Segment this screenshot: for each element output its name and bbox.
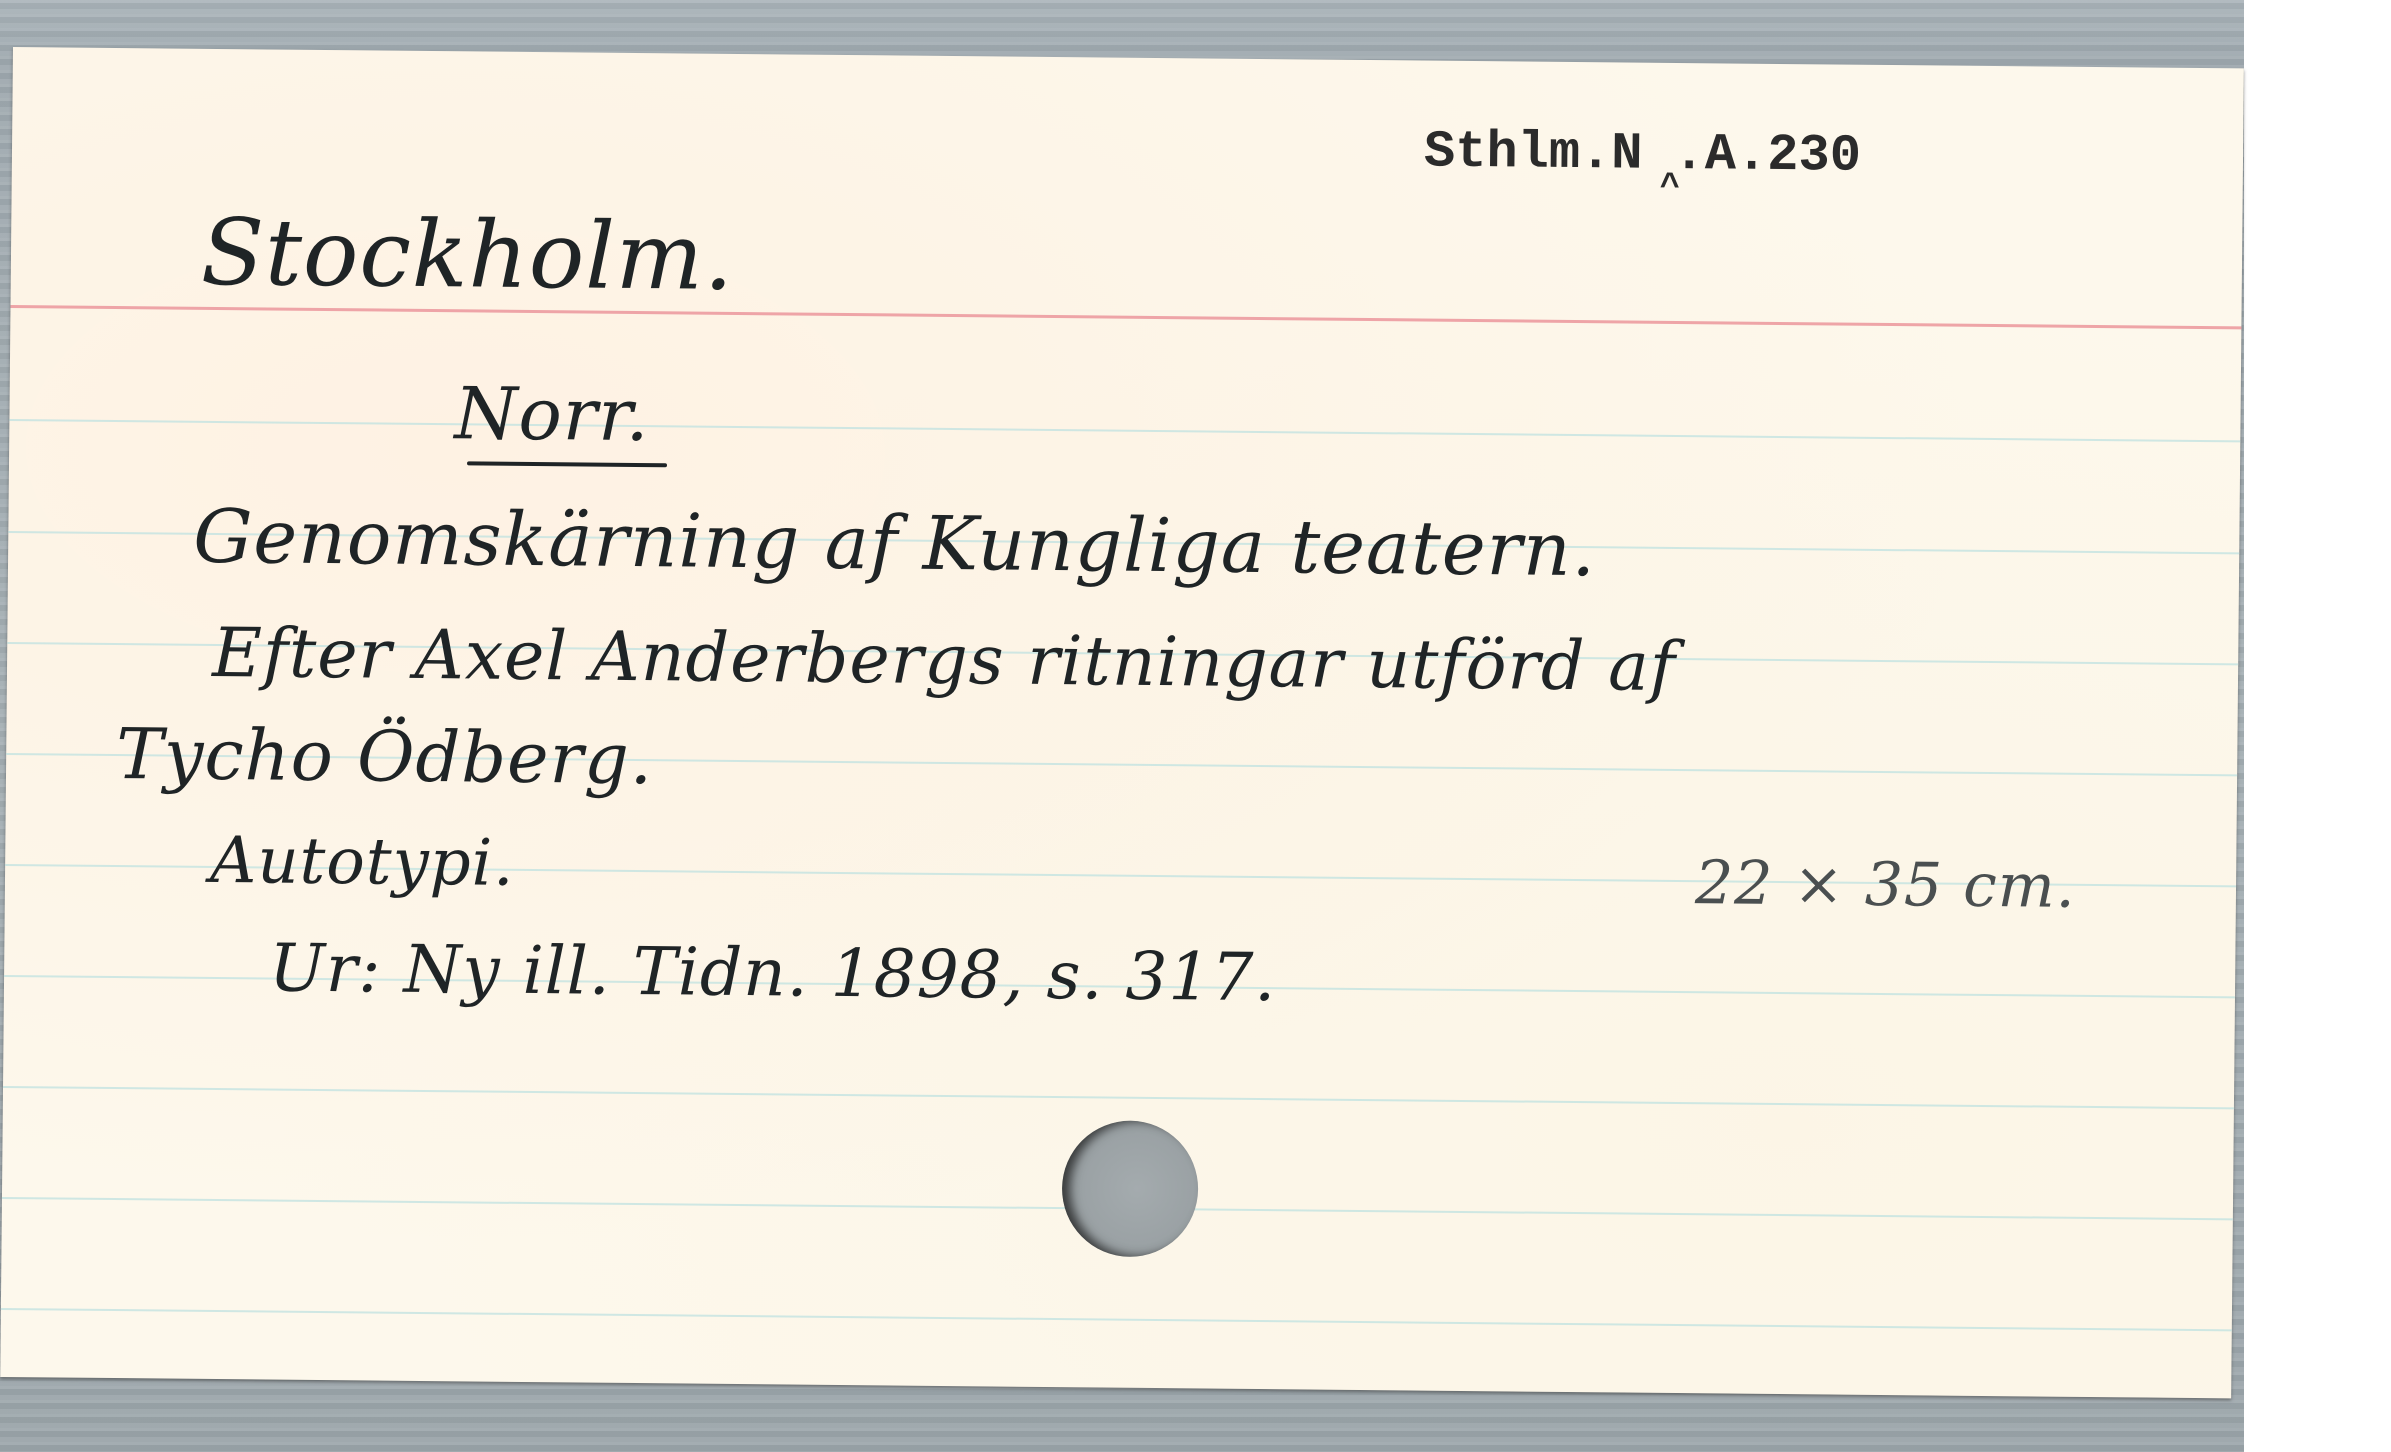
credit-line-2: Tycho Ödberg.	[116, 713, 654, 800]
red-header-rule	[10, 305, 2241, 329]
punch-hole	[1061, 1120, 1198, 1257]
source-reference: Ur: Ny ill. Tidn. 1898, s. 317.	[269, 930, 1277, 1017]
blue-rule	[3, 1086, 2234, 1109]
blue-rule	[1, 1308, 2232, 1331]
title-line: Genomskärning af Kungliga teatern.	[193, 494, 1597, 593]
heading-stockholm: Stockholm.	[201, 199, 735, 311]
dimensions: 22 × 35 cm.	[1695, 848, 2076, 922]
blue-rule	[9, 419, 2240, 442]
caret-mark: ^	[1660, 169, 1681, 207]
subheading-underline	[467, 461, 667, 467]
technique: Autotypi.	[210, 824, 515, 901]
catalog-card: Sthlm.N .A.230 ^ Stockholm. Norr. Genoms…	[0, 47, 2244, 1398]
scan-margin	[2244, 0, 2391, 1452]
subheading-norr: Norr.	[454, 371, 650, 457]
credit-line-1: Efter Axel Anderbergs ritningar utförd a…	[212, 614, 1676, 707]
call-number: Sthlm.N .A.230 ^	[1424, 123, 1861, 186]
call-number-text: Sthlm.N .A.230	[1424, 123, 1861, 186]
